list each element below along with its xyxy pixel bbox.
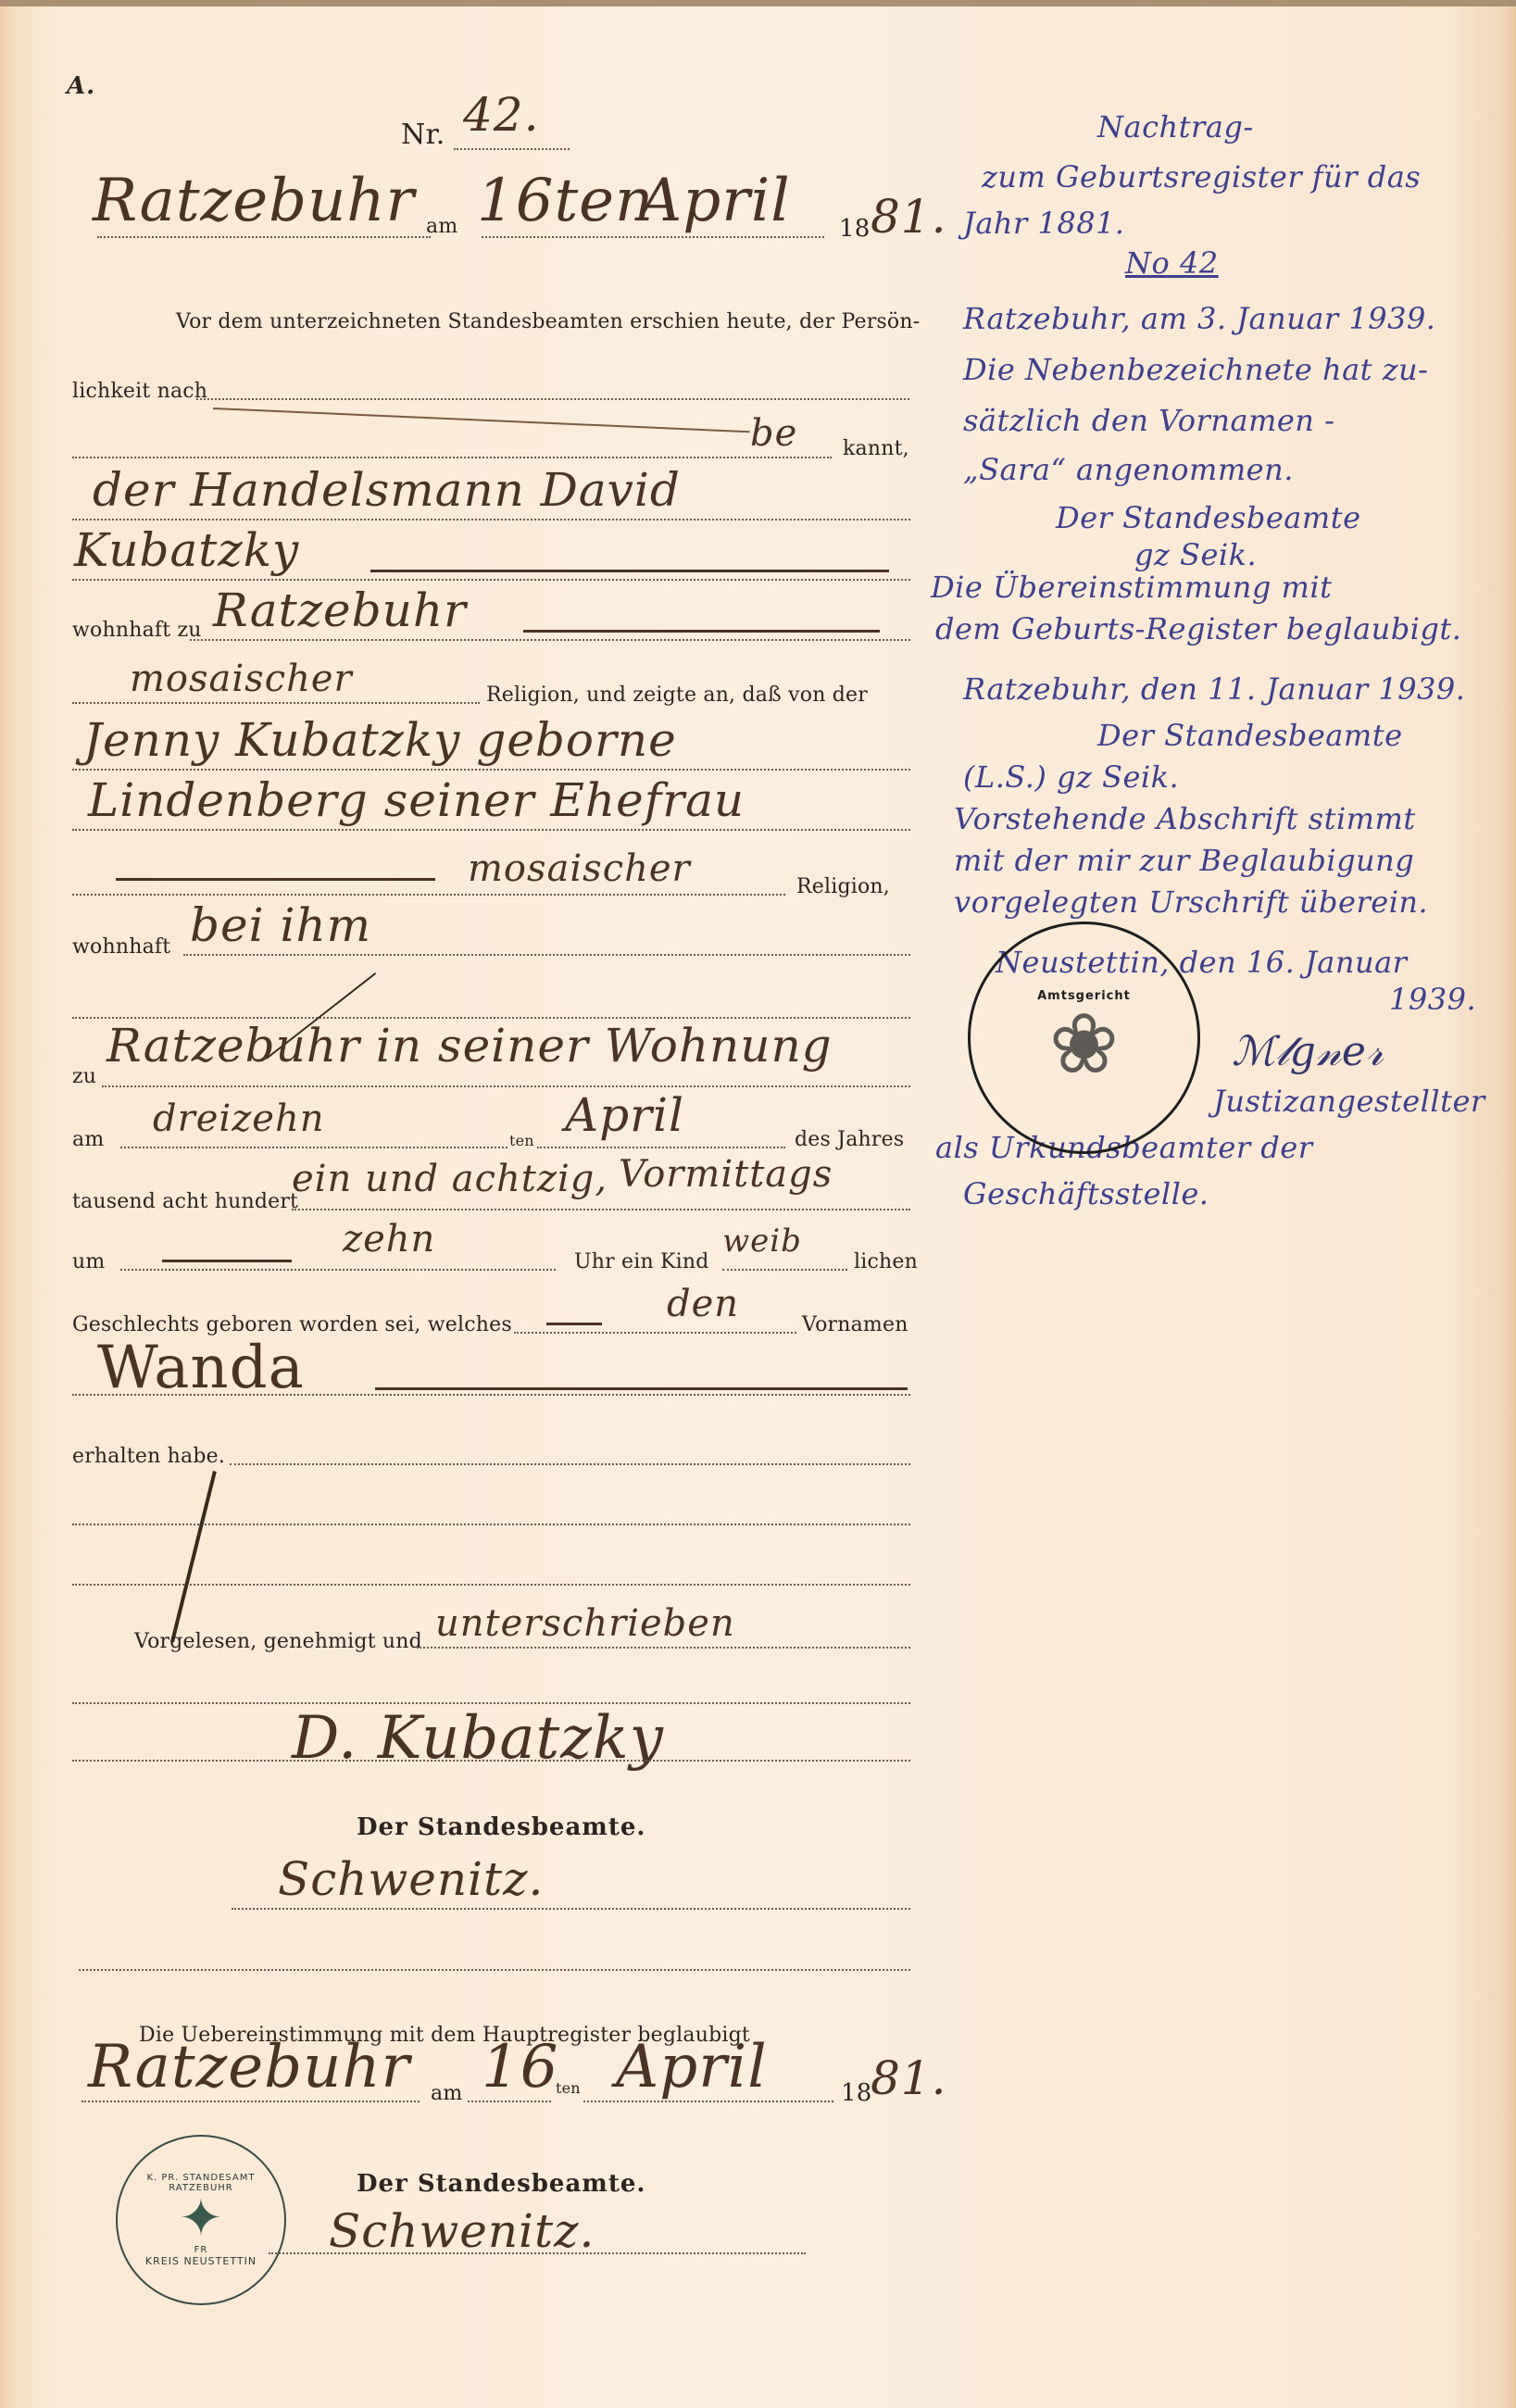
- entry-number: 42.: [463, 88, 540, 142]
- article-value: den: [667, 1283, 739, 1325]
- prussian-eagle-icon: ✦: [118, 2193, 284, 2245]
- birth-hour: zehn: [343, 1218, 435, 1260]
- court-stamp: Amtsgericht ❀: [968, 922, 1200, 1154]
- line-10: [183, 954, 910, 956]
- line-2: [72, 457, 832, 458]
- line-20: [72, 1584, 910, 1586]
- line-25: [79, 1969, 910, 1971]
- sex-value: weib: [722, 1223, 802, 1260]
- annotation-line: sätzlich den Vornamen -: [963, 403, 1334, 438]
- known-suffix: kannt,: [843, 437, 909, 460]
- annotation-line: No 42: [1125, 245, 1219, 281]
- line-9: [72, 894, 785, 896]
- strike-line-1: [213, 408, 750, 433]
- intro-text: Vor dem unterzeichneten Standesbeamten e…: [176, 310, 920, 333]
- cert-registrar-signature: Schwenitz.: [329, 2204, 595, 2258]
- thousand-label: tausend acht hundert: [72, 1190, 298, 1213]
- mother-religion-value: mosaischer: [468, 847, 691, 890]
- annotation-line: vorgelegten Urschrift überein.: [954, 884, 1428, 920]
- birth-year-words: ein und achtzig,: [292, 1158, 608, 1200]
- section-letter: A.: [67, 72, 95, 100]
- line-13b: [537, 1147, 785, 1148]
- header-year-suffix: 81.: [871, 190, 947, 244]
- annotation-line: (L.S.) gz Seik.: [963, 759, 1179, 795]
- registry-stamp-center: FR: [118, 2245, 284, 2255]
- line-15b: [722, 1269, 847, 1271]
- erhalten-label: erhalten habe.: [72, 1445, 225, 1468]
- line-16: [514, 1332, 796, 1334]
- annotation-line: Vorstehende Abschrift stimmt: [954, 801, 1416, 836]
- line-18: [230, 1463, 910, 1465]
- annotation-line: „Sara“ angenommen.: [963, 452, 1294, 487]
- fill-rule-4: [370, 570, 889, 572]
- line-5: [190, 639, 910, 641]
- registrar-label: Der Standesbeamte.: [357, 1813, 645, 1841]
- fill-rule-9: [116, 878, 435, 881]
- fill-rule-17: [375, 1387, 908, 1390]
- fill-rule-5: [523, 630, 880, 633]
- mother-line-1: Jenny Kubatzky geborne: [83, 713, 677, 767]
- annotation-line: zum Geburtsregister für das: [982, 159, 1421, 194]
- annotation-line: Jahr 1881.: [963, 206, 1125, 241]
- time-of-day: Vormittags: [619, 1153, 833, 1196]
- cert-place: Ratzebuhr: [88, 2033, 410, 2101]
- residence-value: Ratzebuhr: [213, 583, 467, 637]
- annotation-line: dem Geburts-Register beglaubigt.: [935, 611, 1461, 646]
- fill-rule-15: [162, 1260, 292, 1262]
- date-day-line: [482, 236, 824, 238]
- informant-line-2: Kubatzky: [74, 523, 299, 577]
- intro-text-2: lichkeit nach: [72, 380, 207, 403]
- annotation-line: gz Seik.: [1134, 537, 1257, 572]
- header-place: Ratzebuhr: [93, 167, 415, 235]
- header-day: 16ten: [477, 167, 654, 235]
- annotation-signature: ℳ𝓁𝑔𝓃𝑒𝓇: [1232, 1028, 1384, 1075]
- line-19: [72, 1524, 910, 1525]
- page-top-edge: [0, 0, 1516, 6]
- mother-residence-label: wohnhaft: [72, 935, 170, 959]
- cert-am-label: am: [431, 2082, 462, 2105]
- annotation-line: Die Übereinstimmung mit: [931, 570, 1332, 605]
- informant-signature: D. Kubatzky: [292, 1704, 664, 1773]
- fill-rule-16: [546, 1323, 602, 1325]
- entry-number-label: Nr.: [401, 119, 445, 151]
- line-24: [232, 1908, 910, 1910]
- line-7: [72, 769, 910, 771]
- cert-year-suffix: 81.: [871, 2051, 947, 2105]
- line-21: [417, 1647, 910, 1649]
- vorgelesen-label: Vorgelesen, genehmigt und: [134, 1630, 422, 1653]
- mother-religion-label: Religion,: [796, 875, 890, 898]
- annotation-line: 1939.: [1389, 982, 1476, 1017]
- birth-am-label: am: [72, 1128, 104, 1151]
- line-4: [72, 579, 910, 581]
- annotation-line: mit der mir zur Beglaubigung: [954, 843, 1414, 878]
- header-am-label: am: [426, 215, 457, 238]
- des-jahres-label: des Jahres: [795, 1128, 904, 1151]
- ten-label: ten: [509, 1132, 534, 1149]
- date-place-line: [97, 236, 431, 238]
- annotation-line: Ratzebuhr, den 11. Januar 1939.: [963, 671, 1465, 707]
- annotation-line: Der Standesbeamte: [1056, 500, 1361, 535]
- line-3: [72, 519, 910, 520]
- vorgelesen-value: unterschrieben: [435, 1602, 735, 1645]
- birth-month: April: [565, 1088, 684, 1142]
- informant-line-1: der Handelsmann David: [93, 463, 681, 517]
- line-8: [72, 829, 910, 831]
- mother-line-2: Lindenberg seiner Ehefrau: [88, 773, 745, 827]
- child-name: Wanda: [97, 1334, 305, 1402]
- entry-number-line: [454, 148, 570, 150]
- mother-residence-value: bei ihm: [190, 898, 371, 952]
- annotation-line: Der Standesbeamte: [1097, 718, 1403, 753]
- cert-registrar-label: Der Standesbeamte.: [357, 2170, 645, 2198]
- annotation-line: Geschäftsstelle.: [963, 1176, 1209, 1211]
- annotation-line: Justizangestellter: [1213, 1084, 1485, 1119]
- cert-ten-label: ten: [556, 2079, 581, 2097]
- cert-month: April: [616, 2033, 768, 2101]
- line-6: [72, 702, 480, 704]
- line-14: [292, 1209, 910, 1210]
- eagle-icon: ❀: [1037, 1003, 1131, 1086]
- line-13a: [120, 1147, 507, 1148]
- religion-label: Religion, und zeigte an, daß von der: [486, 684, 868, 707]
- header-month: April: [639, 167, 791, 235]
- registry-stamp-bottom-text: KREIS NEUSTETTIN: [118, 2255, 284, 2267]
- line-15a: [120, 1269, 556, 1271]
- lichen-label: lichen: [854, 1250, 918, 1273]
- line-23: [72, 1760, 910, 1762]
- known-prefix: be: [750, 412, 797, 455]
- vornamen-label: Vornamen: [802, 1313, 908, 1336]
- cert-sig-line: [269, 2252, 806, 2254]
- strike-slash-blank-lines: [170, 1471, 217, 1642]
- document-page: A. Nr. 42. Ratzebuhr am 16ten April 18 8…: [0, 0, 1516, 2408]
- line-1: [196, 398, 909, 400]
- line-12: [102, 1085, 910, 1087]
- annotation-line: Ratzebuhr, am 3. Januar 1939.: [963, 301, 1435, 336]
- annotation-line: Nachtrag-: [1097, 109, 1254, 144]
- religion-value: mosaischer: [130, 658, 353, 700]
- header-year-prefix: 18: [839, 215, 870, 243]
- uhr-label: Uhr ein Kind: [574, 1250, 709, 1273]
- birth-day: dreizehn: [153, 1097, 324, 1140]
- birthplace-value: Ratzebuhr in seiner Wohnung: [106, 1019, 833, 1072]
- cert-day: 16: [482, 2033, 558, 2101]
- birthplace-label: zu: [72, 1065, 96, 1088]
- um-label: um: [72, 1250, 105, 1273]
- annotation-line: Die Nebenbezeichnete hat zu-: [963, 352, 1428, 387]
- registry-stamp: K. PR. STANDESAMT RATZEBUHR ✦ FR KREIS N…: [116, 2135, 286, 2305]
- cert-year-prefix: 18: [841, 2079, 871, 2107]
- residence-label: wohnhaft zu: [72, 619, 202, 642]
- registrar-signature: Schwenitz.: [278, 1852, 544, 1906]
